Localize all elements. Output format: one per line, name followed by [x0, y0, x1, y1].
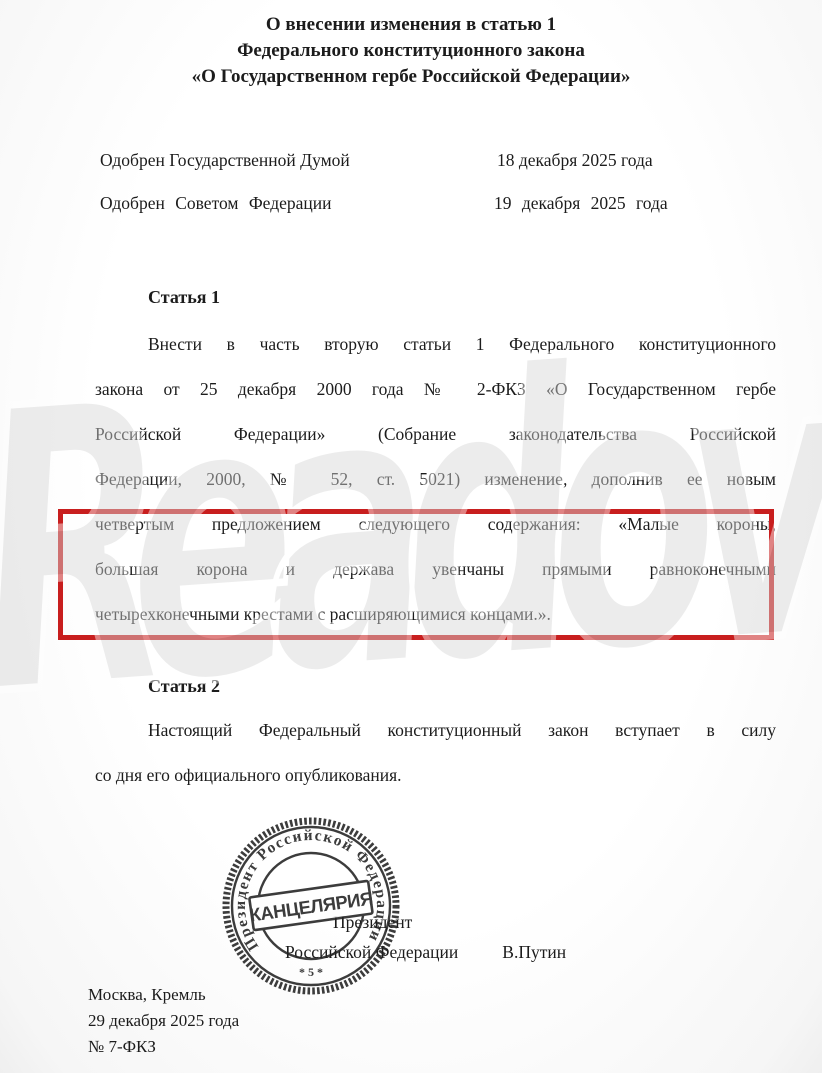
- signature-name: В.Путин: [502, 942, 566, 962]
- article2-line: со дня его официального опубликования.: [95, 753, 776, 798]
- title-line-2: Федерального конституционного закона: [0, 38, 822, 64]
- approval-label-duma: Одобрен Государственной Думой: [100, 150, 350, 171]
- article2-heading: Статья 2: [148, 676, 220, 697]
- article2-body: Настоящий Федеральный конституционный за…: [95, 708, 776, 798]
- article1-line: Внести в часть вторую статьи 1 Федеральн…: [95, 322, 776, 367]
- footer-date: 29 декабря 2025 года: [88, 1008, 239, 1034]
- footer-place: Москва, Кремль: [88, 982, 239, 1008]
- approval-label-council: Одобрен Советом Федерации: [100, 193, 332, 214]
- footer-block: Москва, Кремль 29 декабря 2025 года № 7-…: [88, 982, 239, 1060]
- article1-line: закона от 25 декабря 2000 года № 2-ФКЗ «…: [95, 367, 776, 412]
- title-line-1: О внесении изменения в статью 1: [0, 12, 822, 38]
- article1-heading: Статья 1: [148, 287, 220, 308]
- footer-number: № 7-ФКЗ: [88, 1034, 239, 1060]
- document-page: О внесении изменения в статью 1 Федераль…: [0, 0, 822, 1073]
- approval-date-council: 19 декабря 2025 года: [494, 193, 668, 214]
- red-highlight-box: [58, 509, 774, 640]
- chancellery-stamp: Президент Российской Федерации * 5 * КАН…: [220, 815, 402, 997]
- article1-line: Российской Федерации» (Собрание законода…: [95, 412, 776, 457]
- approval-date-duma: 18 декабря 2025 года: [497, 150, 653, 171]
- title-line-3: «О Государственном гербе Российской Феде…: [0, 64, 822, 90]
- article2-line: Настоящий Федеральный конституционный за…: [95, 708, 776, 753]
- article1-line: Федерации, 2000, № 52, ст. 5021) изменен…: [95, 457, 776, 502]
- document-title: О внесении изменения в статью 1 Федераль…: [0, 12, 822, 90]
- stamp-number: * 5 *: [299, 965, 323, 979]
